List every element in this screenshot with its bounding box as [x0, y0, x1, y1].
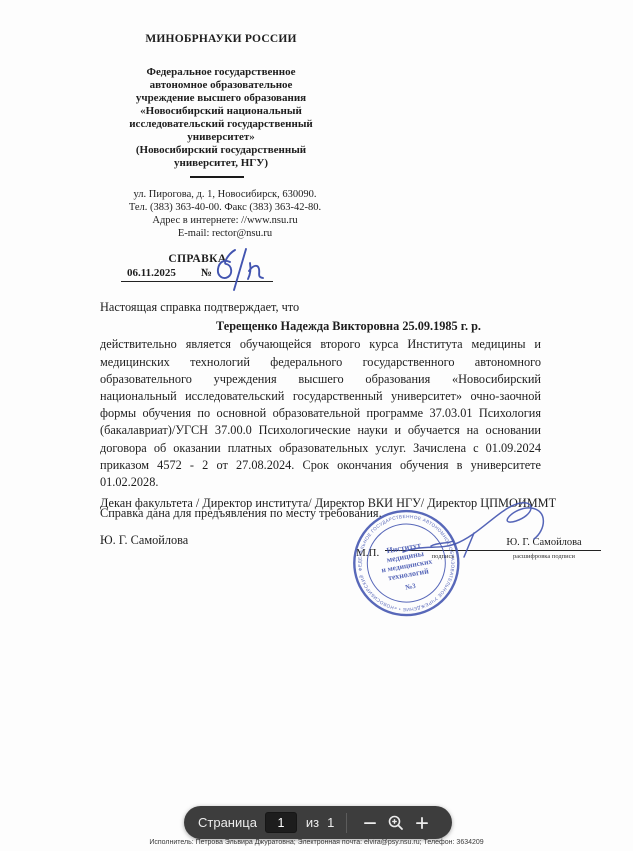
org-name-line: университет, НГУ) [65, 157, 377, 170]
stamp-center-line: №3 [404, 582, 417, 592]
student-name: Терещенко Надежда Викторовна 25.09.1985 … [100, 318, 541, 335]
of-label: из [306, 815, 319, 830]
stamp-center-line: технологий [387, 566, 429, 582]
phone-fax-line: Тел. (383) 363-40-00. Факс (383) 363-42-… [65, 201, 385, 214]
total-pages: 1 [327, 815, 334, 830]
zoom-out-button[interactable] [357, 810, 383, 836]
org-name-line: автономное образовательное [65, 79, 377, 92]
magnifier-zoom-icon [387, 814, 405, 832]
contact-block: ул. Пирогова, д. 1, Новосибирск, 630090.… [65, 188, 385, 240]
toolbar-divider [346, 813, 347, 833]
body-column: Настоящая справка подтверждает, что Тере… [100, 299, 541, 522]
org-name-line: исследовательский государственный [65, 118, 377, 131]
signature-line [385, 534, 498, 551]
document-viewer: МИНОБРНАУКИ РОССИИ Федеральное государст… [0, 0, 633, 851]
minus-icon [362, 815, 378, 831]
org-name-line: (Новосибирский государственный [65, 144, 377, 157]
transcript-caption: расшифровка подписи [487, 553, 601, 560]
signatory-name: Ю. Г. Самойлова [100, 533, 188, 548]
page-label: Страница [198, 815, 257, 830]
zoom-reset-button[interactable] [383, 810, 409, 836]
website-line: Адрес в интернете: //www.nsu.ru [65, 214, 385, 227]
plus-icon [414, 815, 430, 831]
zoom-in-button[interactable] [409, 810, 435, 836]
org-name-line: «Новосибирский национальный [65, 105, 377, 118]
signatory-titles: Декан факультета / Директор института/ Д… [100, 496, 590, 511]
executor-footer: Исполнитель: Петрова Эльвира Джуратовна;… [0, 839, 633, 846]
transcript-name: Ю. Г. Самойлова [492, 537, 596, 548]
letterhead-divider [190, 176, 244, 178]
signature-caption: подпись [408, 553, 478, 560]
org-name-line: учреждение высшего образования [65, 92, 377, 105]
seal-placeholder: М.П. [356, 547, 379, 559]
body-paragraph: действительно является обучающейся второ… [100, 336, 541, 491]
organization-name: Федеральное государственное автономное о… [65, 66, 377, 170]
handwritten-number [210, 246, 272, 294]
document-date: 06.11.2025 [127, 267, 176, 279]
org-name-line: Федеральное государственное [65, 66, 377, 79]
page-number-input[interactable] [265, 812, 297, 833]
email-line: E-mail: rector@nsu.ru [65, 227, 385, 240]
address-line: ул. Пирогова, д. 1, Новосибирск, 630090. [65, 188, 385, 201]
intro-line: Настоящая справка подтверждает, что [100, 299, 541, 316]
ministry-header: МИНОБРНАУКИ РОССИИ [65, 33, 377, 45]
org-name-line: университет» [65, 131, 377, 144]
viewer-toolbar: Страница из 1 [184, 806, 452, 839]
